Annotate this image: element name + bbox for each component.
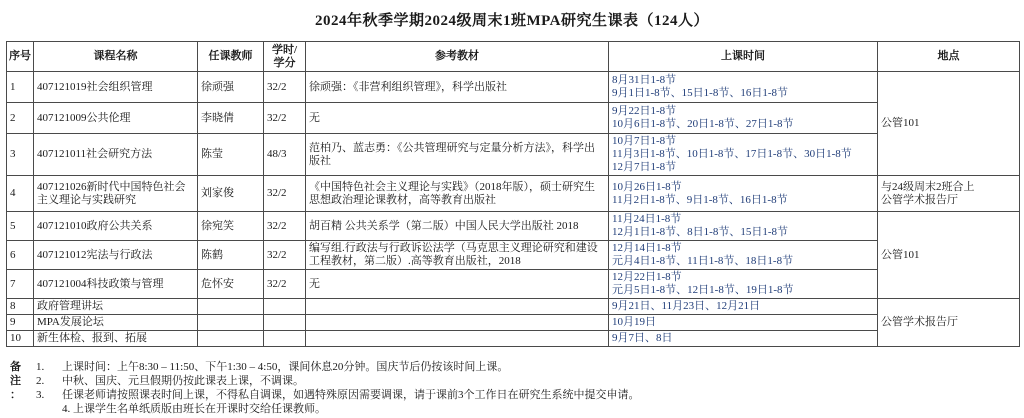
notes-section: 备 注 ： 1. 上课时间：上午8:30 – 11:50、下午1:30 – 4:… xyxy=(10,360,1024,416)
note-number: 2. xyxy=(36,374,62,388)
cell-time: 12月14日1-8节 元月4日1-8节、11日1-8节、18日1-8节 xyxy=(609,241,878,270)
notes-body: 1. 上课时间：上午8:30 – 11:50、下午1:30 – 4:50，课间休… xyxy=(36,360,640,416)
cell-hours: 32/2 xyxy=(264,270,306,299)
cell-hours xyxy=(264,315,306,331)
table-row: 9 MPA发展论坛 10月19日 xyxy=(7,315,1020,331)
cell-textbook: 《中国特色社会主义理论与实践》（2018年版），硕士研究生思想政治理论课教材，高… xyxy=(306,176,609,212)
note-text: 任课老师请按照课表时间上课，不得私自调课，如遇特殊原因需要调课，请于课前3个工作… xyxy=(62,388,640,402)
cell-teacher: 刘家俊 xyxy=(198,176,264,212)
table-row: 2 407121009公共伦理 李晓倩 32/2 无 9月22日1-8节 10月… xyxy=(7,103,1020,134)
cell-course: 407121011社会研究方法 xyxy=(34,134,198,176)
cell-hours: 32/2 xyxy=(264,241,306,270)
page-title: 2024年秋季学期2024级周末1班MPA研究生课表（124人） xyxy=(0,0,1024,30)
cell-hours: 48/3 xyxy=(264,134,306,176)
note-number xyxy=(36,402,62,416)
table-row: 7 407121004科技政策与管理 危怀安 32/2 无 12月22日1-8节… xyxy=(7,270,1020,299)
cell-hours xyxy=(264,299,306,315)
header-hours: 学时/ 学分 xyxy=(264,42,306,72)
cell-course: 407121004科技政策与管理 xyxy=(34,270,198,299)
cell-index: 10 xyxy=(7,331,34,347)
cell-course: 407121019社会组织管理 xyxy=(34,72,198,103)
note-item: 2. 中秋、国庆、元旦假期仍按此课表上课，不调课。 xyxy=(36,374,640,388)
cell-time: 10月19日 xyxy=(609,315,878,331)
cell-time: 10月7日1-8节 11月3日1-8节、10日1-8节、17日1-8节、30日1… xyxy=(609,134,878,176)
cell-time: 9月21日、11月23日、12月21日 xyxy=(609,299,878,315)
cell-teacher xyxy=(198,299,264,315)
note-item: 3. 任课老师请按照课表时间上课，不得私自调课，如遇特殊原因需要调课，请于课前3… xyxy=(36,388,640,402)
table-row: 1 407121019社会组织管理 徐顽强 32/2 徐顽强：《非营利组织管理》… xyxy=(7,72,1020,103)
note-text: 中秋、国庆、元旦假期仍按此课表上课，不调课。 xyxy=(62,374,304,388)
cell-course: 政府管理讲坛 xyxy=(34,299,198,315)
header-course: 课程名称 xyxy=(34,42,198,72)
table-row: 3 407121011社会研究方法 陈莹 48/3 范柏乃、蓝志勇：《公共管理研… xyxy=(7,134,1020,176)
cell-time: 12月22日1-8节 元月5日1-8节、12日1-8节、19日1-8节 xyxy=(609,270,878,299)
cell-time: 8月31日1-8节 9月1日1-8节、15日1-8节、16日1-8节 xyxy=(609,72,878,103)
table-row: 5 407121010政府公共关系 徐宛笑 32/2 胡百精 公共关系学（第二版… xyxy=(7,212,1020,241)
cell-location-merged: 公管学术报告厅 xyxy=(878,299,1020,347)
table-row: 6 407121012宪法与行政法 陈鹤 32/2 编写组.行政法与行政诉讼法学… xyxy=(7,241,1020,270)
schedule-page: 2024年秋季学期2024级周末1班MPA研究生课表（124人） 序号 课程名称… xyxy=(0,0,1024,418)
header-textbook: 参考教材 xyxy=(306,42,609,72)
cell-textbook xyxy=(306,299,609,315)
cell-hours: 32/2 xyxy=(264,212,306,241)
note-item: 1. 上课时间：上午8:30 – 11:50、下午1:30 – 4:50，课间休… xyxy=(36,360,640,374)
cell-teacher: 徐宛笑 xyxy=(198,212,264,241)
cell-index: 9 xyxy=(7,315,34,331)
cell-time: 11月24日1-8节 12月1日1-8节、8日1-8节、15日1-8节 xyxy=(609,212,878,241)
header-index: 序号 xyxy=(7,42,34,72)
note-text: 4. 上课学生名单纸质版由班长在开课时交给任课教师。 xyxy=(62,402,326,416)
cell-textbook: 编写组.行政法与行政诉讼法学（马克思主义理论研究和建设工程教材，第二版）.高等教… xyxy=(306,241,609,270)
cell-index: 3 xyxy=(7,134,34,176)
cell-teacher: 陈莹 xyxy=(198,134,264,176)
cell-index: 2 xyxy=(7,103,34,134)
note-number: 1. xyxy=(36,360,62,374)
cell-location: 与24级周末2班合上 公管学术报告厅 xyxy=(878,176,1020,212)
cell-textbook: 胡百精 公共关系学（第二版）中国人民大学出版社 2018 xyxy=(306,212,609,241)
note-number: 3. xyxy=(36,388,62,402)
cell-course: 407121010政府公共关系 xyxy=(34,212,198,241)
header-location: 地点 xyxy=(878,42,1020,72)
cell-teacher xyxy=(198,315,264,331)
cell-hours: 32/2 xyxy=(264,176,306,212)
note-text: 上课时间：上午8:30 – 11:50、下午1:30 – 4:50，课间休息20… xyxy=(62,360,508,374)
header-row: 序号 课程名称 任课教师 学时/ 学分 参考教材 上课时间 地点 xyxy=(7,42,1020,72)
cell-textbook: 范柏乃、蓝志勇：《公共管理研究与定量分析方法》，科学出版社 xyxy=(306,134,609,176)
header-teacher: 任课教师 xyxy=(198,42,264,72)
cell-teacher: 李晓倩 xyxy=(198,103,264,134)
cell-textbook: 无 xyxy=(306,103,609,134)
cell-index: 4 xyxy=(7,176,34,212)
table-row: 4 407121026新时代中国特色社会主义理论与实践研究 刘家俊 32/2 《… xyxy=(7,176,1020,212)
cell-index: 7 xyxy=(7,270,34,299)
cell-teacher: 陈鹤 xyxy=(198,241,264,270)
schedule-table: 序号 课程名称 任课教师 学时/ 学分 参考教材 上课时间 地点 1 40712… xyxy=(6,41,1020,347)
cell-textbook: 徐顽强：《非营利组织管理》，科学出版社 xyxy=(306,72,609,103)
cell-textbook xyxy=(306,315,609,331)
cell-index: 6 xyxy=(7,241,34,270)
notes-label: 备 注 ： xyxy=(10,360,36,416)
cell-course: MPA发展论坛 xyxy=(34,315,198,331)
cell-teacher: 徐顽强 xyxy=(198,72,264,103)
cell-index: 5 xyxy=(7,212,34,241)
cell-course: 407121026新时代中国特色社会主义理论与实践研究 xyxy=(34,176,198,212)
header-time: 上课时间 xyxy=(609,42,878,72)
cell-textbook: 无 xyxy=(306,270,609,299)
note-item: 4. 上课学生名单纸质版由班长在开课时交给任课教师。 xyxy=(36,402,640,416)
table-row: 8 政府管理讲坛 9月21日、11月23日、12月21日 公管学术报告厅 xyxy=(7,299,1020,315)
cell-hours: 32/2 xyxy=(264,103,306,134)
table-row: 10 新生体检、报到、拓展 9月7日、8日 xyxy=(7,331,1020,347)
cell-time: 9月22日1-8节 10月6日1-8节、20日1-8节、27日1-8节 xyxy=(609,103,878,134)
cell-index: 8 xyxy=(7,299,34,315)
cell-course: 407121012宪法与行政法 xyxy=(34,241,198,270)
cell-time: 9月7日、8日 xyxy=(609,331,878,347)
cell-hours: 32/2 xyxy=(264,72,306,103)
cell-teacher xyxy=(198,331,264,347)
cell-index: 1 xyxy=(7,72,34,103)
cell-textbook xyxy=(306,331,609,347)
cell-time: 10月26日1-8节 11月2日1-8节、9日1-8节、16日1-8节 xyxy=(609,176,878,212)
cell-hours xyxy=(264,331,306,347)
cell-teacher: 危怀安 xyxy=(198,270,264,299)
cell-location-merged: 公管101 xyxy=(878,72,1020,176)
cell-course: 407121009公共伦理 xyxy=(34,103,198,134)
cell-course: 新生体检、报到、拓展 xyxy=(34,331,198,347)
cell-location-merged: 公管101 xyxy=(878,212,1020,299)
